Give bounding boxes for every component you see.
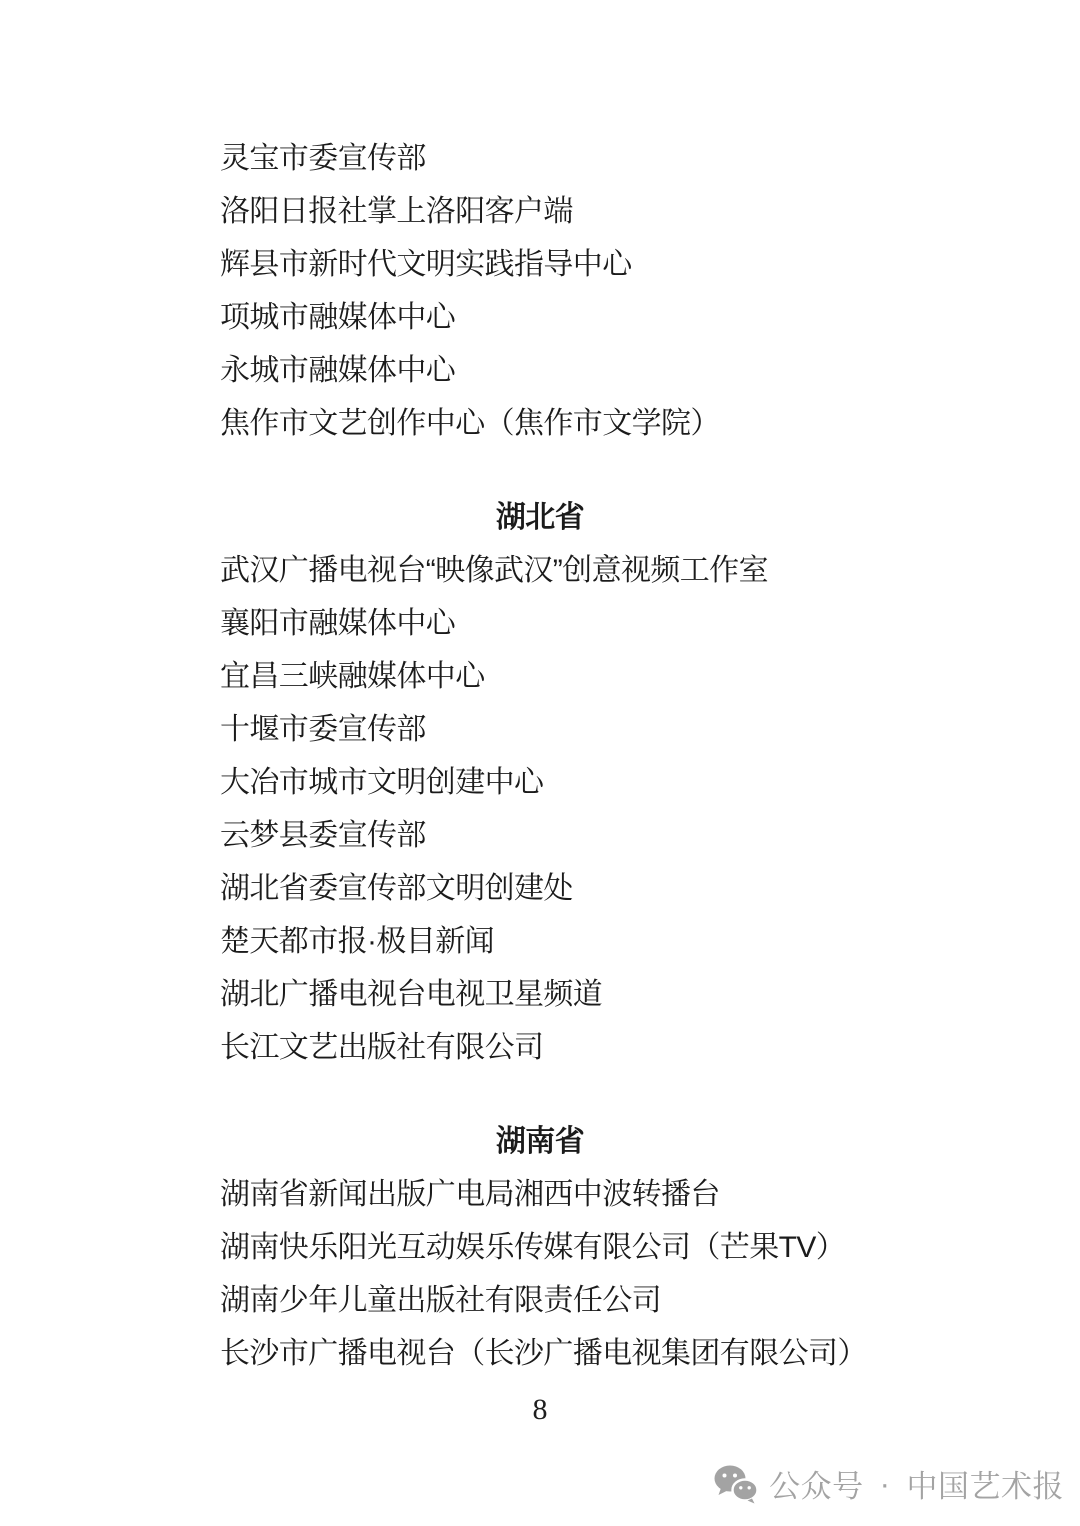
org-list-item: 焦作市文艺创作中心（焦作市文学院） (220, 397, 860, 450)
org-list-item: 湖北省委宣传部文明创建处 (220, 862, 860, 915)
org-list-item: 宜昌三峡融媒体中心 (220, 650, 860, 703)
org-list-item: 云梦县委宣传部 (220, 809, 860, 862)
org-list-item: 大冶市城市文明创建中心 (220, 756, 860, 809)
org-list-item: 项城市融媒体中心 (220, 291, 860, 344)
org-list-item: 辉县市新时代文明实践指导中心 (220, 238, 860, 291)
org-list-item: 长沙市广播电视台（长沙广播电视集团有限公司） (220, 1327, 860, 1380)
watermark-label: 公众号 (769, 1461, 864, 1506)
org-list-item: 湖南少年儿童出版社有限责任公司 (220, 1274, 860, 1327)
wechat-watermark: 公众号 · 中国艺术报 (713, 1461, 1064, 1506)
section-heading-hunan: 湖南省 (220, 1115, 860, 1168)
org-list-item: 楚天都市报·极目新闻 (220, 915, 860, 968)
org-list-item: 洛阳日报社掌上洛阳客户端 (220, 185, 860, 238)
document-page: 灵宝市委宣传部 洛阳日报社掌上洛阳客户端 辉县市新时代文明实践指导中心 项城市融… (0, 0, 1080, 1526)
org-list-item: 十堰市委宣传部 (220, 703, 860, 756)
org-list: 灵宝市委宣传部 洛阳日报社掌上洛阳客户端 辉县市新时代文明实践指导中心 项城市融… (220, 0, 860, 1380)
org-list-item: 湖南省新闻出版广电局湘西中波转播台 (220, 1168, 860, 1221)
org-list-item: 襄阳市融媒体中心 (220, 597, 860, 650)
watermark-account: 中国艺术报 (907, 1461, 1065, 1506)
org-list-item: 湖北广播电视台电视卫星频道 (220, 968, 860, 1021)
section-heading-hubei: 湖北省 (220, 491, 860, 544)
watermark-separator: · (874, 1466, 897, 1502)
page-number: 8 (0, 1393, 1080, 1427)
wechat-icon (713, 1464, 759, 1504)
org-list-item: 永城市融媒体中心 (220, 344, 860, 397)
org-list-item: 湖南快乐阳光互动娱乐传媒有限公司（芒果TV） (220, 1221, 860, 1274)
org-list-item: 武汉广播电视台“映像武汉”创意视频工作室 (220, 544, 860, 597)
org-list-item: 长江文艺出版社有限公司 (220, 1021, 860, 1074)
org-list-item: 灵宝市委宣传部 (220, 132, 860, 185)
